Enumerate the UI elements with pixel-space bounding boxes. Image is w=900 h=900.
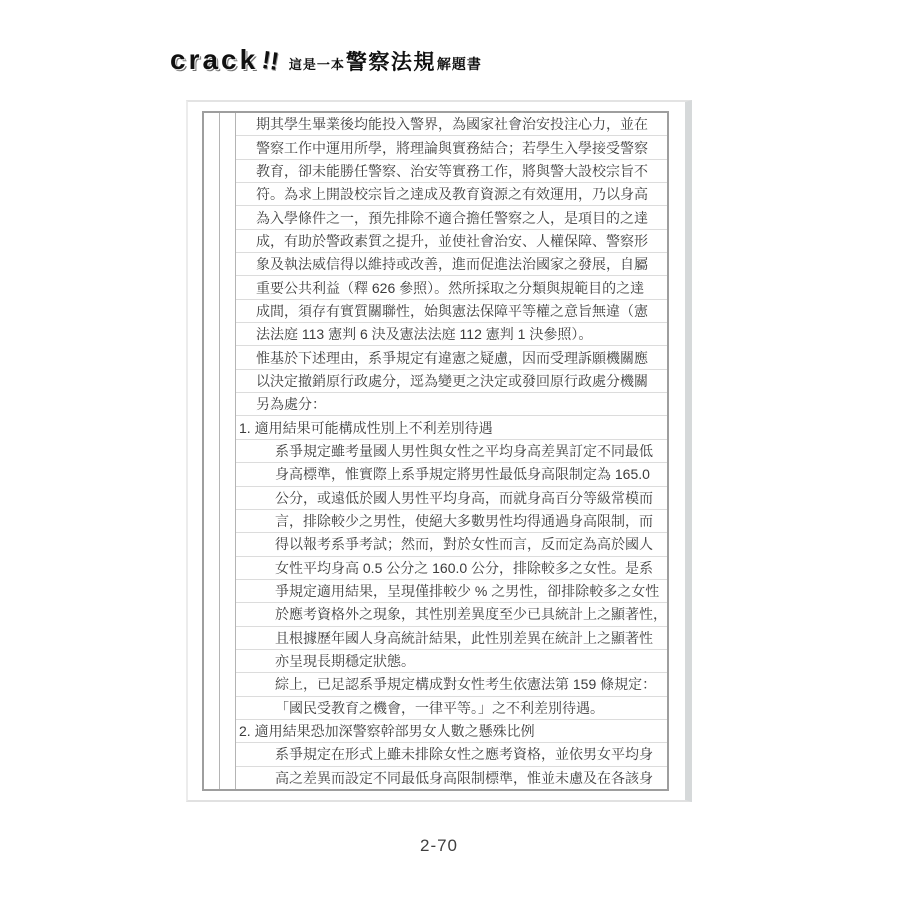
text-line: 為入學條件之一，預先排除不適合擔任警察之人，是項目的之達 <box>236 206 667 229</box>
text-line: 法法庭 113 憲判 6 決及憲法法庭 112 憲判 1 決參照）。 <box>236 323 667 346</box>
text-line: 另為處分： <box>236 393 667 416</box>
text-line: 警察工作中運用所學，將理論與實務結合；若學生入學接受警察 <box>236 136 667 159</box>
text-line: 象及執法威信得以維持或改善，進而促進法治國家之發展，自屬 <box>236 253 667 276</box>
text-line: 高之差異而設定不同最低身高限制標準，惟並未慮及在各該身 <box>236 767 667 789</box>
page-number: 2-70 <box>186 836 692 856</box>
text-line: 「國民受教育之機會，一律平等。」之不利差別待遇。 <box>236 697 667 720</box>
book-subtitle-prefix: 這是一本 <box>289 54 345 73</box>
text-line: 教育，卻未能勝任警察、治安等實務工作，將與警大設校宗旨不 <box>236 160 667 183</box>
text-line: 成，有助於警政素質之提升，並使社會治安、人權保障、警察形 <box>236 230 667 253</box>
text-line: 言，排除較少之男性，使絕大多數男性均得通過身高限制，而 <box>236 510 667 533</box>
text-line: 符。為求上開設校宗旨之達成及教育資源之有效運用，乃以身高 <box>236 183 667 206</box>
text-line: 且根據歷年國人身高統計結果，此性別差異在統計上之顯著性 <box>236 627 667 650</box>
book-header: crack !! 這是一本 警察法規 解題書 <box>170 44 482 78</box>
table-margin-column-2 <box>220 113 236 789</box>
exclamation-icon: !! <box>260 46 281 77</box>
text-line: 亦呈現長期穩定狀態。 <box>236 650 667 673</box>
text-line: 於應考資格外之現象，其性別差異度至少已具統計上之顯著性， <box>236 603 667 626</box>
book-title: 警察法規 <box>346 46 436 76</box>
text-line: 以決定撤銷原行政處分，逕為變更之決定或發回原行政處分機關 <box>236 370 667 393</box>
text-line: 女性平均身高 0.5 公分之 160.0 公分，排除較多之女性。是系 <box>236 557 667 580</box>
text-line: 爭規定適用結果，呈現僅排較少 % 之男性，卻排除較多之女性 <box>236 580 667 603</box>
text-line: 重要公共利益（釋 626 參照）。然所採取之分類與規範目的之達 <box>236 276 667 299</box>
text-line: 期其學生畢業後均能投入警界，為國家社會治安投注心力，並在 <box>236 113 667 136</box>
table-margin-column-1 <box>204 113 220 789</box>
text-line: 系爭規定在形式上雖未排除女性之應考資格，並依男女平均身 <box>236 743 667 766</box>
text-line: 綜上，已足認系爭規定構成對女性考生依憲法第 159 條規定： <box>236 673 667 696</box>
text-line: 系爭規定雖考量國人男性與女性之平均身高差異訂定不同最低 <box>236 440 667 463</box>
text-line: 1. 適用結果可能構成性別上不利差別待遇 <box>236 416 667 439</box>
text-line: 得以報考系爭考試；然而，對於女性而言，反而定為高於國人 <box>236 533 667 556</box>
crack-logo: crack <box>170 44 258 76</box>
table-text-column: 期其學生畢業後均能投入警界，為國家社會治安投注心力，並在警察工作中運用所學，將理… <box>236 113 667 789</box>
answer-table: 期其學生畢業後均能投入警界，為國家社會治安投注心力，並在警察工作中運用所學，將理… <box>202 111 669 791</box>
text-line: 惟基於下述理由，系爭規定有違憲之疑慮，因而受理訴願機關應 <box>236 346 667 369</box>
text-line: 成間，須存有實質關聯性，始與憲法保障平等權之意旨無違（憲 <box>236 300 667 323</box>
text-line: 2. 適用結果恐加深警察幹部男女人數之懸殊比例 <box>236 720 667 743</box>
book-subtitle-suffix: 解題書 <box>437 54 482 74</box>
text-line: 公分，或遠低於國人男性平均身高，而就身高百分等級常模而 <box>236 487 667 510</box>
text-line: 身高標準，惟實際上系爭規定將男性最低身高限制定為 165.0 <box>236 463 667 486</box>
